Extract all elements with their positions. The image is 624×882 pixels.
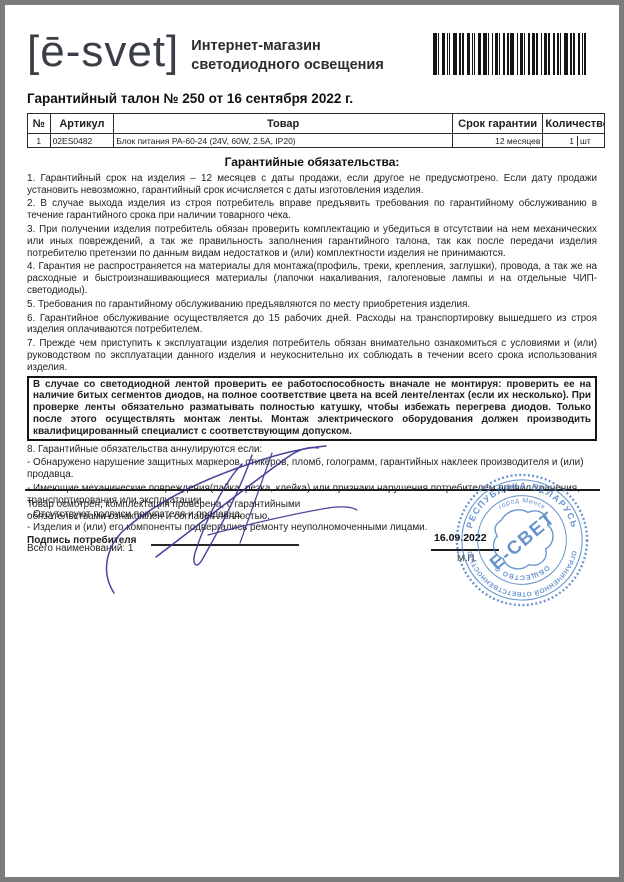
cell-product: Блок питания PA-60-24 (24V, 60W, 2.5A, I… bbox=[114, 134, 453, 148]
term-paragraph-7: 7. Прежде чем приступить к эксплуатации … bbox=[27, 338, 597, 373]
term-paragraph-5: 5. Требования по гарантийному обслуживан… bbox=[27, 299, 597, 311]
cell-sku: 02ES0482 bbox=[50, 134, 114, 148]
cell-qty: 1 шт bbox=[543, 134, 605, 148]
cell-warranty: 12 месяцев bbox=[453, 134, 543, 148]
barcode-icon bbox=[433, 33, 591, 75]
stamp-center-text: Е-СВЕТ bbox=[485, 507, 559, 574]
term-paragraph-2: 2. В случае выхода изделия из строя потр… bbox=[27, 198, 597, 222]
document-header: [ē-svet] Интернет-магазин светодиодного … bbox=[27, 30, 597, 75]
led-strip-warning-box: В случае со светодиодной лентой проверит… bbox=[27, 376, 597, 441]
qty-unit: шт bbox=[577, 136, 602, 146]
term-paragraph-4: 4. Гарантия не распространяется на матер… bbox=[27, 261, 597, 296]
store-logo: [ē-svet] bbox=[27, 30, 179, 74]
items-table: № Артикул Товар Срок гарантии Количество… bbox=[27, 113, 605, 148]
col-header-num: № bbox=[28, 114, 51, 134]
qty-value: 1 bbox=[545, 136, 577, 146]
handwritten-signature-icon bbox=[100, 433, 362, 605]
col-header-product: Товар bbox=[114, 114, 453, 134]
store-tagline-line1: Интернет-магазин bbox=[191, 37, 384, 56]
warranty-document-page: [ē-svet] Интернет-магазин светодиодного … bbox=[0, 0, 624, 882]
company-stamp-icon: РЕСПУБЛИКА БЕЛАРУСЬ ОГРАНИЧЕННОЙ ОТВЕТСТ… bbox=[453, 471, 591, 609]
store-tagline-line2: светодиодного освещения bbox=[191, 56, 384, 75]
term-paragraph-1: 1. Гарантийный срок на изделия – 12 меся… bbox=[27, 173, 597, 197]
cell-num: 1 bbox=[28, 134, 51, 148]
col-header-sku: Артикул bbox=[50, 114, 114, 134]
term-paragraph-6: 6. Гарантийное обслуживание осуществляет… bbox=[27, 313, 597, 337]
col-header-warranty: Срок гарантии bbox=[453, 114, 543, 134]
term-paragraph-3: 3. При получении изделия потребитель обя… bbox=[27, 224, 597, 259]
table-header-row: № Артикул Товар Срок гарантии Количество bbox=[28, 114, 605, 134]
table-row: 1 02ES0482 Блок питания PA-60-24 (24V, 6… bbox=[28, 134, 605, 148]
terms-heading: Гарантийные обязательства: bbox=[27, 157, 597, 169]
document-title: Гарантийный талон № 250 от 16 сентября 2… bbox=[27, 91, 597, 106]
col-header-qty: Количество bbox=[543, 114, 605, 134]
store-tagline: Интернет-магазин светодиодного освещения bbox=[191, 37, 384, 74]
